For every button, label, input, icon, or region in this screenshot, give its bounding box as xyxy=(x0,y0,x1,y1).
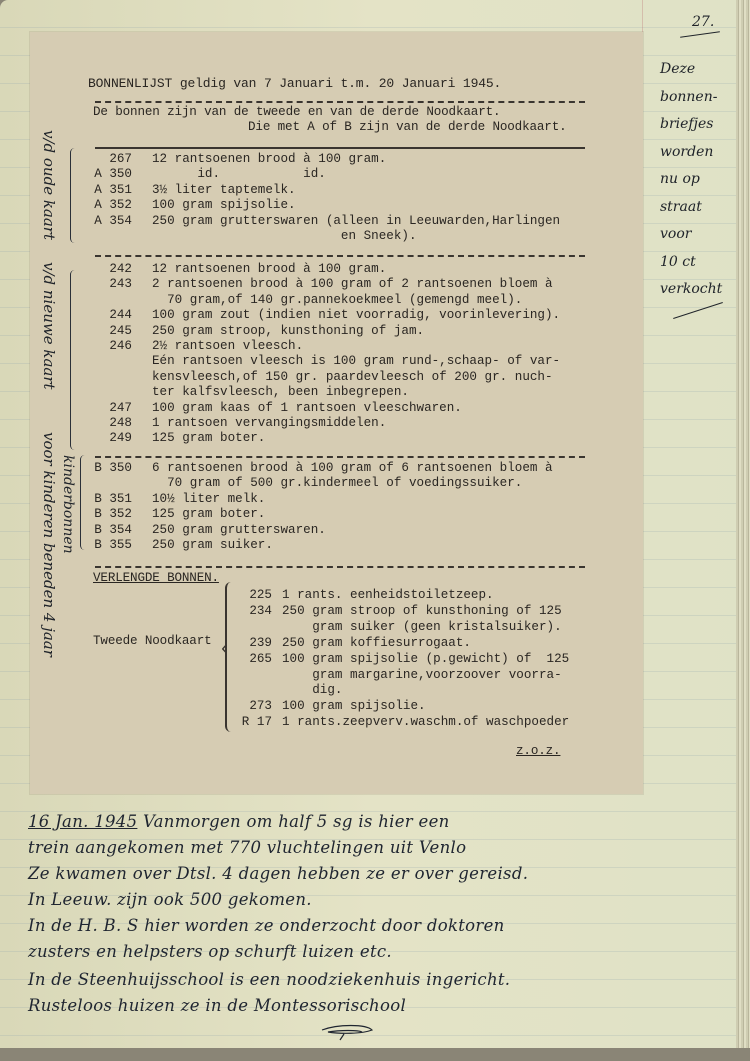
coupon-description: 100 gram spijsolie. xyxy=(282,699,426,714)
table-surface xyxy=(0,1048,750,1061)
coupon-code: 243 xyxy=(86,277,132,292)
brace-old-card xyxy=(70,148,79,243)
diary-text: Rusteloos huizen ze in de Montessorischo… xyxy=(28,996,406,1015)
margin-note-line: worden xyxy=(660,139,740,167)
flourish-mark xyxy=(318,1022,378,1042)
sheet-title: BONNENLIJST geldig van 7 Januari t.m. 20… xyxy=(88,77,501,92)
margin-note-line: voor xyxy=(660,221,740,249)
coupon-description: 250 gram koffiesurrogaat. xyxy=(282,636,471,651)
coupon-description: ter kalfsvleesch, been inbegrepen. xyxy=(152,385,409,400)
coupon-description: 2½ rantsoen vleesch. xyxy=(152,339,303,354)
coupon-description: kensvleesch,of 150 gr. paardevleesch of … xyxy=(152,370,553,385)
margin-note-line: nu op xyxy=(660,166,740,194)
divider xyxy=(95,566,585,568)
coupon-description: 3½ liter taptemelk. xyxy=(152,183,296,198)
coupon-description: 12 rantsoenen brood à 100 gram. xyxy=(152,152,386,167)
coupon-description: 250 gram stroop of kunsthoning of 125 xyxy=(282,604,562,619)
margin-note-line: Deze xyxy=(660,56,740,84)
diary-line: Ze kwamen over Dtsl. 4 dagen hebben ze e… xyxy=(28,864,528,883)
coupon-code: A 354 xyxy=(86,214,132,229)
coupon-code: 246 xyxy=(86,339,132,354)
margin-note-line: verkocht xyxy=(660,276,740,304)
margin-note-line: 10 ct xyxy=(660,249,740,277)
diary-line: trein aangekomen met 770 vluchtelingen u… xyxy=(28,838,466,857)
coupon-code: 247 xyxy=(86,401,132,416)
intro-line-1: De bonnen zijn van de tweede en van de d… xyxy=(93,105,500,120)
coupon-description: 250 gram grutterswaren (alleen in Leeuwa… xyxy=(152,214,560,229)
diary-date: 16 Jan. 1945 xyxy=(28,812,137,831)
diary-line: In de Steenhuijsschool is een noodzieken… xyxy=(28,970,510,989)
coupon-code: 245 xyxy=(86,324,132,339)
coupon-description: id. id. xyxy=(152,167,326,182)
coupon-description: 250 gram stroop, kunsthoning of jam. xyxy=(152,324,424,339)
coupon-description: gram margarine,voorzoover voorra- xyxy=(282,668,562,683)
diary-line: In Leeuw. zijn ook 500 gekomen. xyxy=(28,890,312,909)
coupon-description: 100 gram spijsolie (p.gewicht) of 125 xyxy=(282,652,569,667)
coupon-description: 12 rantsoenen brood à 100 gram. xyxy=(152,262,386,277)
coupon-code: 234 xyxy=(226,604,272,619)
coupon-code: B 351 xyxy=(86,492,132,507)
coupon-description: 70 gram of 500 gr.kindermeel of voedings… xyxy=(152,476,522,491)
note-children-under-4: voor kinderen beneden 4 jaar xyxy=(40,432,58,657)
margin-note-line: bonnen- xyxy=(660,84,740,112)
coupon-description: 100 gram spijsolie. xyxy=(152,198,296,213)
coupon-description: en Sneek). xyxy=(152,229,417,244)
diary-text: In de H. B. S hier worden ze onderzocht … xyxy=(28,916,505,935)
coupon-code: B 350 xyxy=(86,461,132,476)
coupon-code: R 17 xyxy=(226,715,272,730)
intro-line-2: Die met A of B zijn van de derde Noodkaa… xyxy=(248,120,567,135)
coupon-description: 250 gram suiker. xyxy=(152,538,273,553)
coupon-description: 2 rantsoenen brood à 100 gram of 2 rants… xyxy=(152,277,553,292)
coupon-description: 250 gram grutterswaren. xyxy=(152,523,326,538)
extended-heading: VERLENGDE BONNEN. xyxy=(93,571,219,586)
brace-new-card xyxy=(70,270,79,450)
extended-group-label: Tweede Noodkaart xyxy=(93,634,212,649)
coupon-code: B 354 xyxy=(86,523,132,538)
coupon-code: A 350 xyxy=(86,167,132,182)
coupon-description: 1 rants. eenheidstoiletzeep. xyxy=(282,588,494,603)
coupon-description: 125 gram boter. xyxy=(152,507,265,522)
diary-line: In de H. B. S hier worden ze onderzocht … xyxy=(28,916,505,935)
coupon-description: Eén rantsoen vleesch is 100 gram rund-,s… xyxy=(152,354,560,369)
page-number: 27. xyxy=(692,14,714,30)
margin-note-line: briefjes xyxy=(660,111,740,139)
diary-text: trein aangekomen met 770 vluchtelingen u… xyxy=(28,838,466,857)
diary-text: In de Steenhuijsschool is een noodzieken… xyxy=(28,970,510,989)
coupon-code: 244 xyxy=(86,308,132,323)
brace-child-coupons xyxy=(80,455,89,550)
diary-text: Vanmorgen om half 5 sg is hier een xyxy=(143,812,450,831)
coupon-description: 6 rantsoenen brood à 100 gram of 6 rants… xyxy=(152,461,553,476)
coupon-code: A 352 xyxy=(86,198,132,213)
coupon-description: 10½ liter melk. xyxy=(152,492,265,507)
diary-text: Ze kwamen over Dtsl. 4 dagen hebben ze e… xyxy=(28,864,528,883)
coupon-description: 125 gram boter. xyxy=(152,431,265,446)
coupon-code: 248 xyxy=(86,416,132,431)
right-margin-note: Dezebonnen-briefjeswordennu opstraatvoor… xyxy=(660,56,740,304)
coupon-code: 273 xyxy=(226,699,272,714)
coupon-code: A 351 xyxy=(86,183,132,198)
divider xyxy=(95,255,585,257)
diary-line: zusters en helpsters op schurft luizen e… xyxy=(28,942,392,961)
diary-text: zusters en helpsters op schurft luizen e… xyxy=(28,942,392,961)
note-child-coupons: kinderbonnen xyxy=(60,455,76,554)
coupon-description: 1 rantsoen vervangingsmiddelen. xyxy=(152,416,386,431)
diary-line: Rusteloos huizen ze in de Montessorischo… xyxy=(28,996,406,1015)
coupon-code: 225 xyxy=(226,588,272,603)
note-old-card: v/d oude kaart xyxy=(40,130,58,240)
coupon-code: 249 xyxy=(86,431,132,446)
sheet-footer: z.o.z. xyxy=(516,744,560,759)
note-new-card: v/d nieuwe kaart xyxy=(40,262,58,390)
coupon-code: 239 xyxy=(226,636,272,651)
divider xyxy=(95,147,585,149)
coupon-code: 265 xyxy=(226,652,272,667)
coupon-code: 267 xyxy=(86,152,132,167)
coupon-code: 242 xyxy=(86,262,132,277)
coupon-description: 1 rants.zeepverv.waschm.of waschpoeder xyxy=(282,715,569,730)
diary-line: 16 Jan. 1945 Vanmorgen om half 5 sg is h… xyxy=(28,812,450,831)
divider xyxy=(95,101,585,103)
diary-text: In Leeuw. zijn ook 500 gekomen. xyxy=(28,890,312,909)
coupon-description: 100 gram kaas of 1 rantsoen vleeschwaren… xyxy=(152,401,462,416)
margin-note-line: straat xyxy=(660,194,740,222)
divider xyxy=(95,456,585,458)
coupon-description: dig. xyxy=(282,683,342,698)
coupon-description: gram suiker (geen kristalsuiker). xyxy=(282,620,562,635)
coupon-description: 70 gram,of 140 gr.pannekoekmeel (gemengd… xyxy=(152,293,522,308)
coupon-code: B 352 xyxy=(86,507,132,522)
coupon-description: 100 gram zout (indien niet voorradig, vo… xyxy=(152,308,560,323)
coupon-code: B 355 xyxy=(86,538,132,553)
